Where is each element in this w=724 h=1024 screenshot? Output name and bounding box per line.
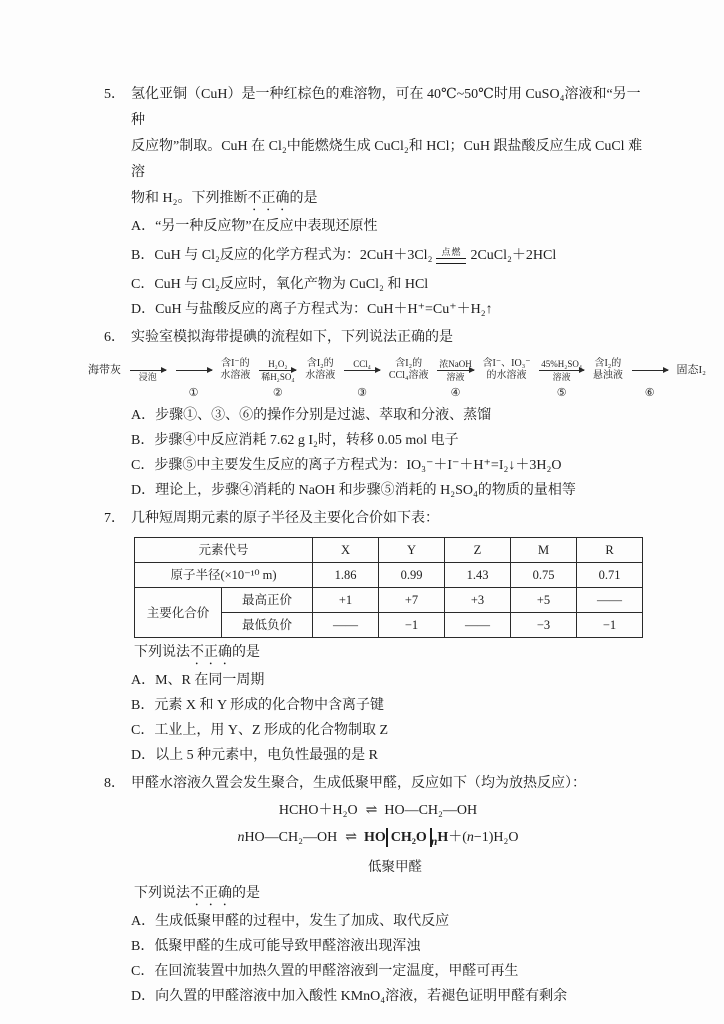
- q8-stem-text: 甲醛水溶液久置会发生聚合，生成低聚甲醛，反应如下（均为放热反应）：: [131, 771, 652, 797]
- eq1-right: HO—CH₂—OH: [384, 803, 477, 818]
- q8-followup: 下列说法不正确的是: [104, 881, 652, 909]
- q7-stem-text: 几种短周期元素的原子半径及主要化合价如下表：: [131, 506, 652, 532]
- question-8: 8． 甲醛水溶液久置会发生聚合，生成低聚甲醛，反应如下（均为放热反应）： HCH…: [104, 771, 652, 1009]
- max-z: +3: [445, 588, 511, 613]
- eq2-tail-post: −1)H₂O: [474, 830, 519, 845]
- max-m: +5: [511, 588, 577, 613]
- q7-stem: 7． 几种短周期元素的原子半径及主要化合价如下表：: [104, 506, 652, 532]
- step-number-4: ④: [451, 388, 461, 399]
- arrow-label-below: [648, 371, 652, 383]
- q7-followup-emphasis: 不正确: [190, 645, 232, 660]
- q5-number: 5．: [104, 82, 131, 134]
- eq2-tail-pre: ＋(: [448, 830, 467, 845]
- q5-option-b-pre: B．CuH 与 Cl₂反应的化学方程式为：2CuH＋3Cl₂: [131, 243, 432, 269]
- col-y: Y: [379, 538, 445, 563]
- q6-stem: 6． 实验室模拟海带提碘的流程如下，下列说法正确的是: [104, 325, 652, 351]
- q7-option-d: D．以上 5 种元素中，电负性最强的是 R: [104, 743, 652, 768]
- table-row-radius: 原子半径(×10⁻¹⁰ m) 1.86 0.99 1.43 0.75 0.71: [135, 563, 643, 588]
- flow-node-iodine-water: 含I₂的 水溶液: [305, 358, 335, 382]
- q5-stem-3-post: 的是: [290, 191, 318, 206]
- ignition-condition: 点燃: [436, 247, 466, 264]
- flow-node-iodide-iodate: 含I⁻、IO₃⁻ 的水溶液: [483, 358, 531, 382]
- arrow-line-icon: [176, 370, 212, 371]
- col-x: X: [313, 538, 379, 563]
- max-y: +7: [379, 588, 445, 613]
- step-number-3: ③: [357, 388, 367, 399]
- arrow-line-icon: [130, 370, 166, 371]
- flow-arrow-step-2: H₂O₂ 稀H₂SO₄ ②: [259, 358, 296, 383]
- valence-label: 主要化合价: [135, 588, 222, 638]
- exam-content: 5． 氢化亚铜（CuH）是一种红棕色的难溶物，可在 40℃~50℃时用 CuSO…: [104, 82, 652, 1012]
- arrow-label-below: 溶液: [551, 371, 573, 383]
- q8-number: 8．: [104, 771, 131, 797]
- question-5: 5． 氢化亚铜（CuH）是一种红棕色的难溶物，可在 40℃~50℃时用 CuSO…: [104, 82, 652, 322]
- polymer-caption: 低聚甲醛: [104, 855, 652, 879]
- q6-stem-text: 实验室模拟海带提碘的流程如下，下列说法正确的是: [131, 325, 652, 351]
- flow-node-iodine-ccl4: 含I₂的 CCl₄溶液: [389, 358, 429, 382]
- col-m: M: [511, 538, 577, 563]
- flow-source-kelp-ash: 海带灰: [88, 357, 121, 383]
- header-element-symbol: 元素代号: [135, 538, 313, 563]
- q5-stem-text-1: 氢化亚铜（CuH）是一种红棕色的难溶物，可在 40℃~50℃时用 CuSO₄溶液…: [131, 82, 652, 134]
- ignition-label: 点燃: [441, 247, 461, 257]
- q8-option-d: D．向久置的甲醛溶液中加入酸性 KMnO₄溶液，若褪色证明甲醛有剩余: [104, 984, 652, 1009]
- q6-number: 6．: [104, 325, 131, 351]
- flow-node-iodine-suspension: 含I₂的 悬浊液: [593, 358, 623, 382]
- max-r: ——: [577, 588, 643, 613]
- arrow-label-below: 浸泡: [137, 371, 159, 383]
- q5-option-d: D．CuH 与盐酸反应的离子方程式为：CuH＋H⁺=Cu⁺＋H₂↑: [104, 297, 652, 322]
- q5-stem-3-emphasis: 不正确: [248, 191, 290, 206]
- step-number-1: ①: [189, 388, 199, 399]
- polymer-bracket-unit: CH₂O: [386, 828, 432, 847]
- min-valence-label: 最低负价: [222, 613, 313, 638]
- q8-option-a: A．生成低聚甲醛的过程中，发生了加成、取代反应: [104, 909, 652, 934]
- step-number-6: ⑥: [645, 388, 655, 399]
- double-equals-line: [436, 258, 466, 264]
- eq2-tail-n: n: [467, 830, 474, 845]
- element-properties-table: 元素代号 X Y Z M R 原子半径(×10⁻¹⁰ m) 1.86 0.99 …: [134, 537, 643, 638]
- polymer-h: H: [437, 830, 448, 845]
- arrow-line-icon: [259, 370, 296, 371]
- arrow-label-above: H₂O₂: [266, 358, 289, 370]
- q7-option-c: C．工业上，用 Y、Z 形成的化合物制取 Z: [104, 718, 652, 743]
- q6-option-b: B．步骤④中反应消耗 7.62 g I₂时，转移 0.05 mol 电子: [104, 428, 652, 453]
- flow-arrow-step-1: ①: [176, 358, 212, 383]
- arrow-line-icon: [437, 370, 474, 371]
- equilibrium-arrow-icon: ⇌: [358, 803, 385, 818]
- flow-arrow-step-3: CCl₄ ③: [344, 358, 380, 383]
- question-6: 6． 实验室模拟海带提碘的流程如下，下列说法正确的是 海带灰 浸泡 ① 含I⁻: [104, 325, 652, 503]
- q7-option-b: B．元素 X 和 Y 形成的化合物中含离子键: [104, 693, 652, 718]
- q5-option-a: A．“另一种反应物”在反应中表现还原性: [104, 214, 652, 239]
- question-7: 7． 几种短周期元素的原子半径及主要化合价如下表： 元素代号 X Y Z M R…: [104, 506, 652, 768]
- min-m: −3: [511, 613, 577, 638]
- arrow-label-above: [146, 358, 150, 370]
- eq1-left: HCHO＋H₂O: [279, 803, 358, 818]
- col-z: Z: [445, 538, 511, 563]
- col-r: R: [577, 538, 643, 563]
- radius-z: 1.43: [445, 563, 511, 588]
- arrow-label-above: 45%H₂SO₄: [539, 358, 584, 370]
- q7-number: 7．: [104, 506, 131, 532]
- radius-m: 0.75: [511, 563, 577, 588]
- arrow-label-above: [192, 358, 196, 370]
- arrow-line-icon: [344, 370, 380, 371]
- flow-arrow-step-5: 45%H₂SO₄ 溶液 ⑤: [539, 358, 584, 383]
- max-x: +1: [313, 588, 379, 613]
- flow-arrow-step-6: ⑥: [632, 358, 668, 383]
- q6-option-c: C．步骤⑤中主要发生反应的离子方程式为：IO₃⁻＋I⁻＋H⁺=I₂↓＋3H₂O: [104, 453, 652, 478]
- eq2-left: HO—CH₂—OH: [244, 830, 337, 845]
- flow-arrow-step-4: 浓NaOH 溶液 ④: [437, 358, 474, 383]
- q5-stem-3-pre: 物和 H₂。下列推断: [131, 191, 248, 206]
- flow-node-iodide-solution: 含I⁻的 水溶液: [220, 358, 250, 382]
- q6-option-a: A．步骤①、③、⑥的操作分别是过滤、萃取和分液、蒸馏: [104, 403, 652, 428]
- iodine-extraction-flow-diagram: 海带灰 浸泡 ① 含I⁻的 水溶液 H₂O₂: [88, 357, 706, 383]
- arrow-line-icon: [539, 370, 584, 371]
- min-z: ——: [445, 613, 511, 638]
- radius-label: 原子半径(×10⁻¹⁰ m): [135, 563, 313, 588]
- q5-stem-line-3: 物和 H₂。下列推断不正确的是: [104, 186, 652, 214]
- radius-y: 0.99: [379, 563, 445, 588]
- max-valence-label: 最高正价: [222, 588, 313, 613]
- arrow-label-above: CCl₄: [351, 358, 373, 370]
- q5-option-b-post: 2CuCl₂＋2HCl: [470, 243, 556, 269]
- flow-sink-solid-iodine: 固态I₂: [676, 357, 706, 383]
- exam-page: 5． 氢化亚铜（CuH）是一种红棕色的难溶物，可在 40℃~50℃时用 CuSO…: [0, 0, 724, 1024]
- min-r: −1: [577, 613, 643, 638]
- flow-arrow-soak: 浸泡: [130, 358, 166, 383]
- q6-option-d: D．理论上，步骤④消耗的 NaOH 和步骤⑤消耗的 H₂SO₄的物质的量相等: [104, 478, 652, 503]
- polymer-formula: HOCH₂OnH: [364, 830, 448, 845]
- arrow-label-above: [648, 358, 652, 370]
- equilibrium-arrow-icon: ⇌: [337, 830, 364, 845]
- arrow-line-icon: [632, 370, 668, 371]
- q5-option-c: C．CuH 与 Cl₂反应时，氧化产物为 CuCl₂ 和 HCl: [104, 272, 652, 297]
- q5-stem-line-1: 5． 氢化亚铜（CuH）是一种红棕色的难溶物，可在 40℃~50℃时用 CuSO…: [104, 82, 652, 134]
- arrow-label-below: [192, 371, 196, 383]
- radius-r: 0.71: [577, 563, 643, 588]
- table-row-max-valence: 主要化合价 最高正价 +1 +7 +3 +5 ——: [135, 588, 643, 613]
- step-number-2: ②: [273, 388, 283, 399]
- q8-option-b: B．低聚甲醛的生成可能导致甲醛溶液出现浑浊: [104, 934, 652, 959]
- arrow-label-below: 溶液: [445, 371, 467, 383]
- step-number-5: ⑤: [557, 388, 567, 399]
- q8-stem: 8． 甲醛水溶液久置会发生聚合，生成低聚甲醛，反应如下（均为放热反应）：: [104, 771, 652, 797]
- polymer-ho: HO: [364, 830, 386, 845]
- table-row-header: 元素代号 X Y Z M R: [135, 538, 643, 563]
- radius-x: 1.86: [313, 563, 379, 588]
- q8-option-c: C．在回流装置中加热久置的甲醛溶液到一定温度，甲醛可再生: [104, 959, 652, 984]
- min-x: ——: [313, 613, 379, 638]
- q7-option-a: A．M、R 在同一周期: [104, 668, 652, 693]
- q7-followup: 下列说法不正确的是: [104, 640, 652, 668]
- min-y: −1: [379, 613, 445, 638]
- polymerization-equation: nHO—CH₂—OH⇌HOCH₂OnH＋(n−1)H₂O: [104, 824, 652, 855]
- arrow-label-below: [360, 371, 364, 383]
- hydration-equation: HCHO＋H₂O⇌HO—CH₂—OH: [104, 797, 652, 824]
- q5-option-b: B．CuH 与 Cl₂反应的化学方程式为：2CuH＋3Cl₂ 点燃 2CuCl₂…: [104, 239, 652, 272]
- q5-stem-line-2: 反应物”制取。CuH 在 Cl₂中能燃烧生成 CuCl₂和 HCl；CuH 跟盐…: [104, 134, 652, 186]
- q8-followup-emphasis: 不正确: [190, 886, 232, 901]
